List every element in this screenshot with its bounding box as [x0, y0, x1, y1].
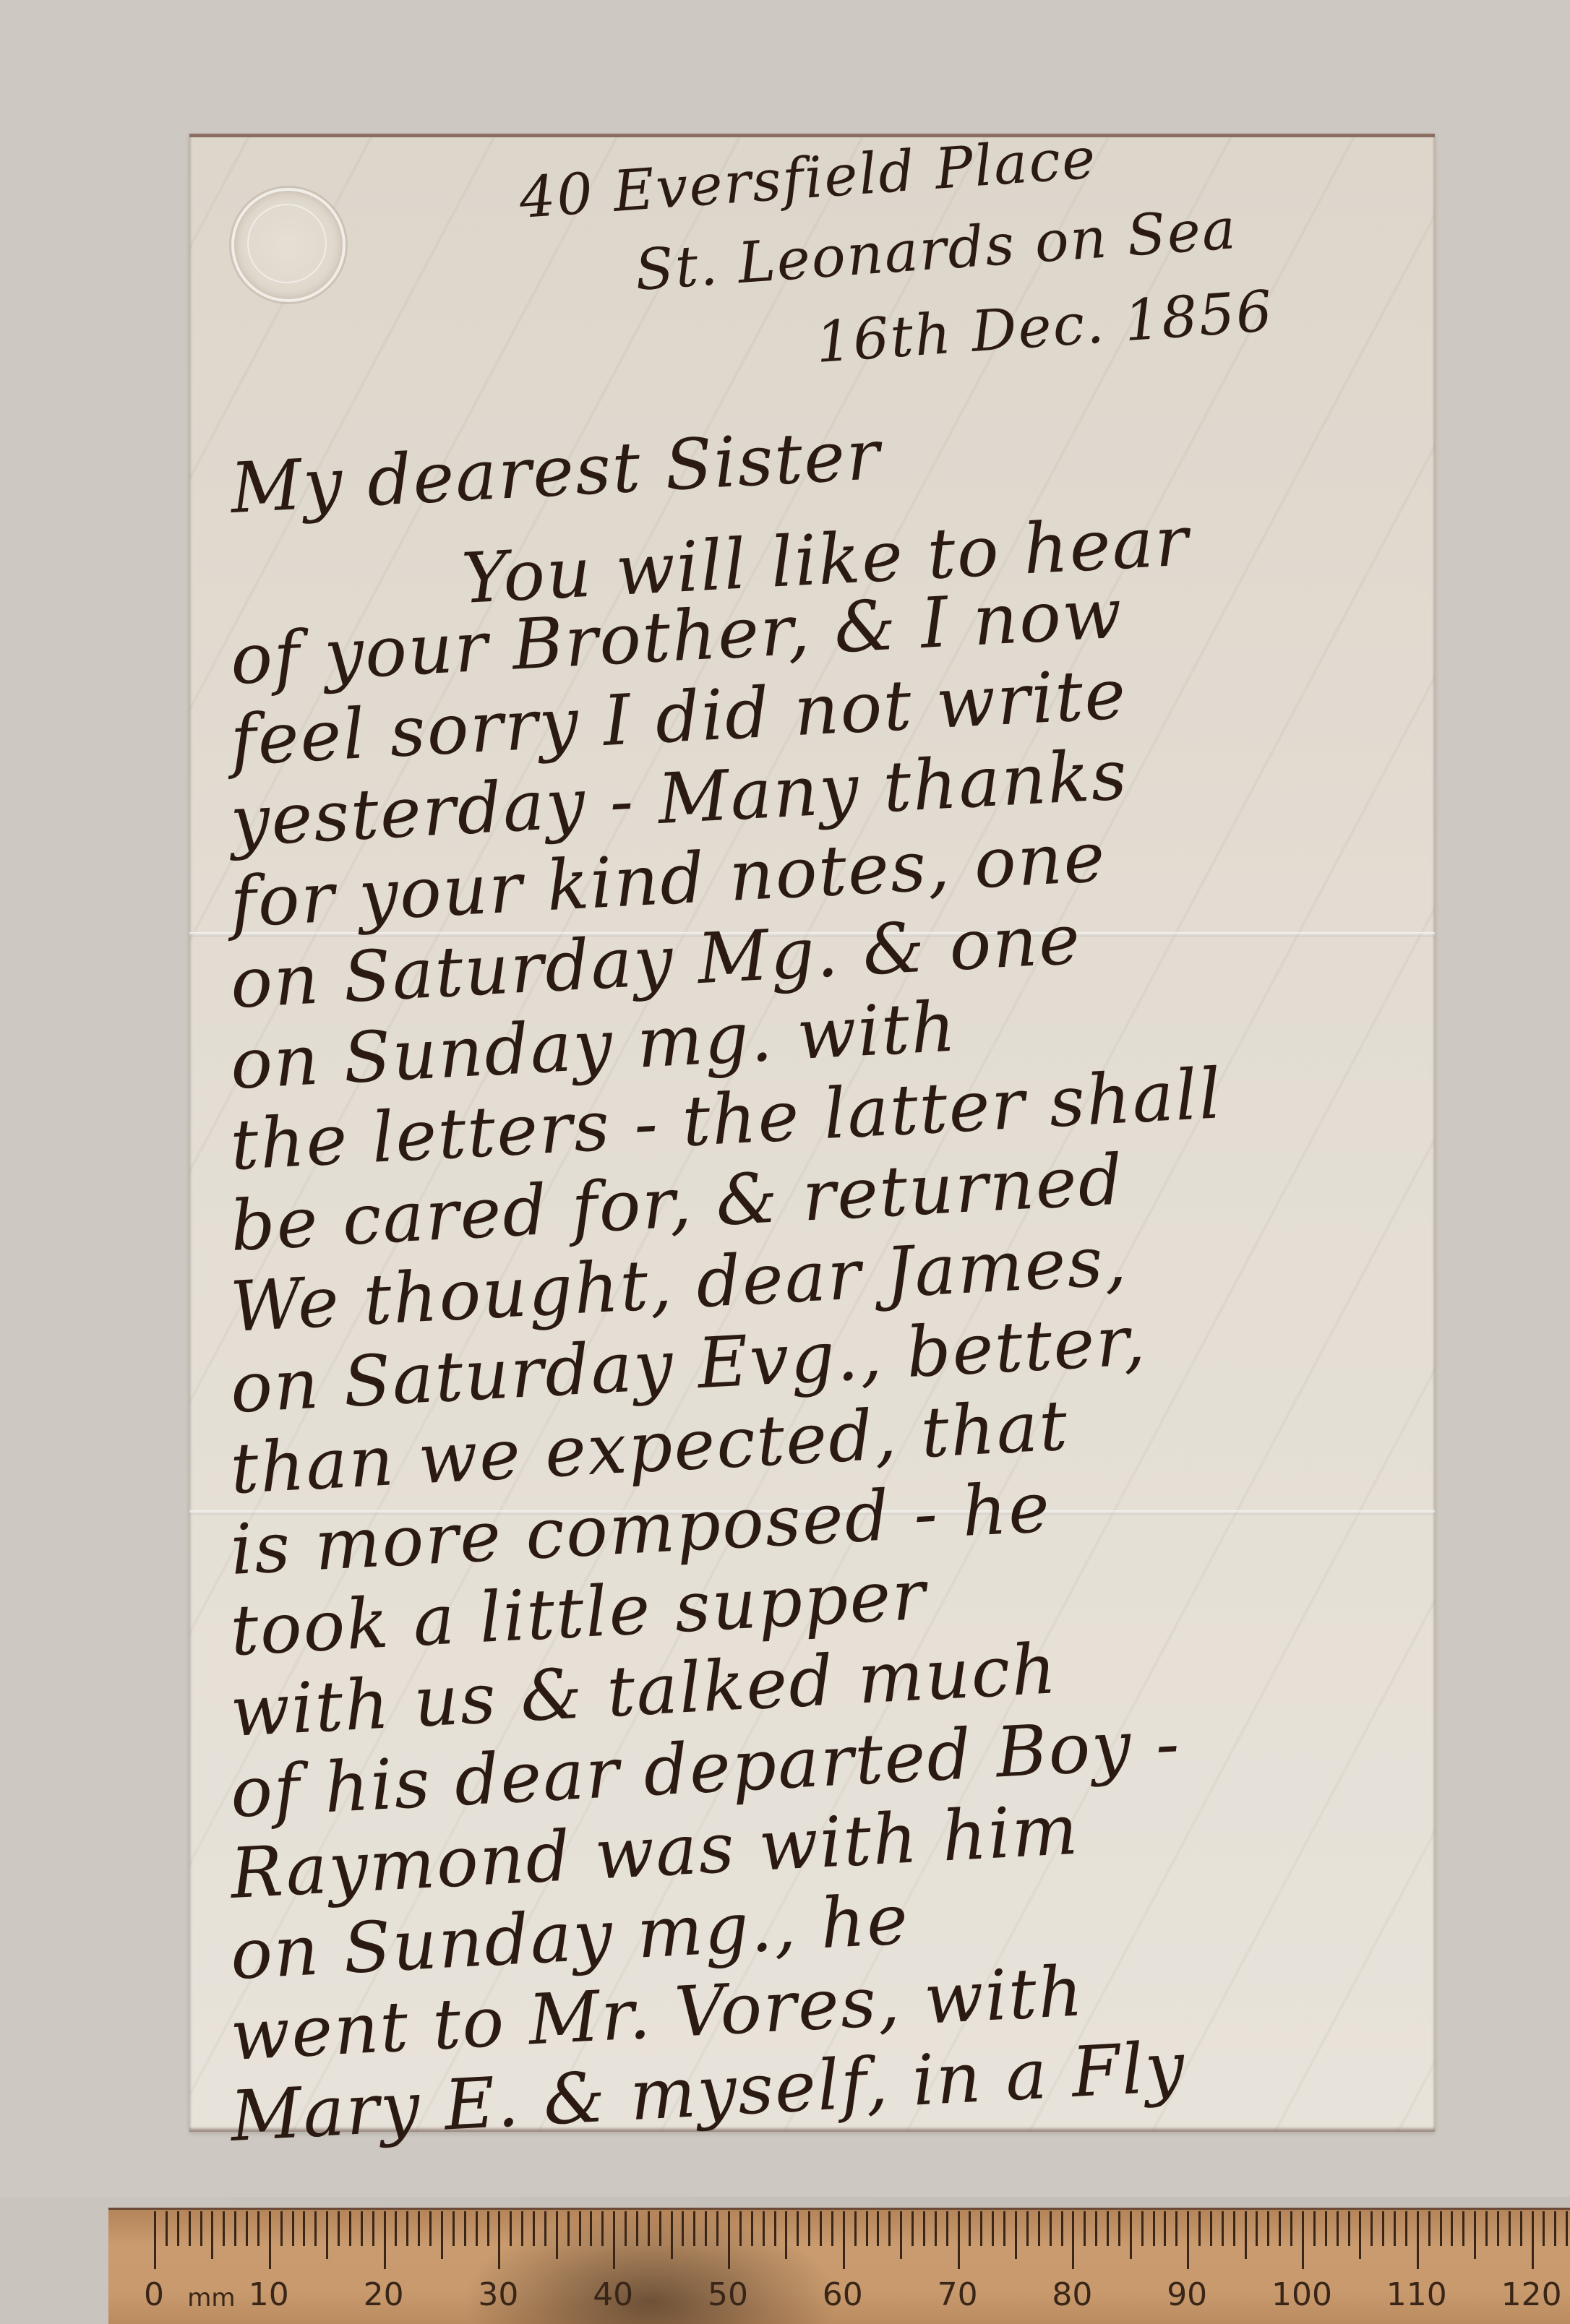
- ruler-tick: [567, 2211, 570, 2246]
- ruler-tick: [211, 2211, 213, 2259]
- ruler-tick: [246, 2211, 248, 2246]
- ruler-tick: [1348, 2211, 1350, 2246]
- ruler-tick: [877, 2211, 879, 2246]
- ruler-tick: [1256, 2211, 1258, 2246]
- ruler-tick: [751, 2211, 753, 2246]
- letter-sheet: 40 Eversfield Place St. Leonards on Sea …: [189, 134, 1435, 2132]
- ruler-label: 80: [1052, 2276, 1092, 2313]
- ruler-tick: [579, 2211, 581, 2246]
- ruler-tick: [1337, 2211, 1339, 2246]
- ruler-tick: [969, 2211, 971, 2246]
- ruler-tick: [1382, 2211, 1384, 2246]
- ruler-label: 50: [708, 2276, 748, 2313]
- ruler-tick: [601, 2211, 604, 2246]
- ruler-tick: [923, 2211, 925, 2246]
- ruler-tick: [1474, 2211, 1476, 2259]
- ruler-tick: [1394, 2211, 1396, 2246]
- ruler-tick: [395, 2211, 397, 2246]
- ruler-tick: [1026, 2211, 1029, 2246]
- ruler-tick: [716, 2211, 718, 2246]
- ruler-tick: [1462, 2211, 1464, 2246]
- ruler-tick: [1141, 2211, 1144, 2246]
- ruler-tick: [1153, 2211, 1155, 2246]
- ruler-tick: [1428, 2211, 1430, 2246]
- ruler-tick: [464, 2211, 466, 2246]
- ruler-tick: [1210, 2211, 1212, 2246]
- ruler-tick: [854, 2211, 857, 2246]
- ruler-label: 90: [1167, 2276, 1207, 2313]
- ruler-tick: [1050, 2211, 1052, 2246]
- ruler-tick: [1497, 2211, 1499, 2246]
- ruler-tick: [1543, 2211, 1545, 2246]
- ruler-tick: [326, 2211, 328, 2259]
- ruler-tick: [1198, 2211, 1201, 2246]
- ruler-tick: [1509, 2211, 1511, 2246]
- ruler-tick: [338, 2211, 340, 2246]
- ruler-tick: [1107, 2211, 1109, 2246]
- ruler-tick: [1532, 2211, 1534, 2269]
- ruler-tick: [1015, 2211, 1017, 2259]
- ruler-tick: [659, 2211, 661, 2246]
- ruler-tick: [1417, 2211, 1419, 2269]
- ruler-tick: [648, 2211, 650, 2246]
- ruler-label: 20: [364, 2276, 404, 2313]
- ruler-tick: [1095, 2211, 1097, 2246]
- ruler-tick: [1451, 2211, 1453, 2246]
- embossed-seal-icon: [231, 188, 346, 302]
- ruler-tick: [280, 2211, 283, 2246]
- ruler-tick: [1566, 2211, 1568, 2246]
- ruler-tick: [1187, 2211, 1189, 2269]
- ruler-label: 0: [144, 2276, 164, 2313]
- ruler-label: 10: [249, 2276, 289, 2313]
- ruler-tick: [234, 2211, 236, 2246]
- ruler-tick: [831, 2211, 833, 2246]
- ruler-tick: [1164, 2211, 1166, 2246]
- ruler-tick: [292, 2211, 294, 2246]
- ruler-label: 100: [1271, 2276, 1332, 2313]
- ruler-tick: [1325, 2211, 1327, 2246]
- ruler-tick: [257, 2211, 259, 2246]
- ruler-tick: [1359, 2211, 1361, 2259]
- ruler-tick: [1222, 2211, 1224, 2246]
- ruler-label: 60: [823, 2276, 863, 2313]
- ruler-tick: [946, 2211, 948, 2246]
- ruler-unit-label: mm: [187, 2284, 235, 2312]
- ruler-tick: [269, 2211, 271, 2269]
- ruler-tick: [510, 2211, 512, 2246]
- ruler-tick: [1520, 2211, 1522, 2246]
- ruler-tick: [314, 2211, 317, 2246]
- ruler-label: 40: [593, 2276, 633, 2313]
- ruler-tick: [1118, 2211, 1120, 2246]
- ruler-tick: [1245, 2211, 1247, 2259]
- ruler-tick: [1130, 2211, 1132, 2259]
- ruler-tick: [1061, 2211, 1063, 2246]
- ruler-tick: [177, 2211, 179, 2246]
- ruler-tick: [1313, 2211, 1316, 2246]
- ruler-tick: [808, 2211, 810, 2246]
- ruler-tick: [693, 2211, 695, 2246]
- ruler-tick: [1038, 2211, 1040, 2246]
- ruler-tick: [544, 2211, 546, 2246]
- ruler-tick: [349, 2211, 351, 2246]
- ruler-tick: [521, 2211, 523, 2246]
- ruler-tick: [1554, 2211, 1556, 2246]
- ruler-tick: [1084, 2211, 1086, 2246]
- ruler-tick: [820, 2211, 822, 2246]
- ruler-tick: [625, 2211, 627, 2246]
- ruler-tick: [739, 2211, 742, 2246]
- ruler-tick: [1370, 2211, 1373, 2246]
- ruler-label: 120: [1501, 2276, 1562, 2313]
- ruler-tick: [843, 2211, 845, 2269]
- ruler-tick: [429, 2211, 432, 2246]
- ruler-tick: [958, 2211, 960, 2269]
- ruler-tick: [1290, 2211, 1292, 2246]
- ruler-tick: [613, 2211, 615, 2269]
- ruler-tick: [223, 2211, 225, 2246]
- ruler-tick: [774, 2211, 776, 2246]
- ruler-tick: [487, 2211, 489, 2246]
- ruler-tick: [418, 2211, 420, 2246]
- ruler-tick: [372, 2211, 374, 2246]
- ruler-tick: [1302, 2211, 1304, 2269]
- ruler-tick: [705, 2211, 707, 2246]
- ruler-tick: [1485, 2211, 1488, 2246]
- ruler-tick: [763, 2211, 765, 2246]
- ruler-tick: [533, 2211, 535, 2246]
- ruler-tick: [797, 2211, 799, 2246]
- ruler-tick: [166, 2211, 168, 2246]
- ruler-tick: [200, 2211, 202, 2246]
- ruler-shadow: [463, 2211, 838, 2324]
- ruler-tick: [636, 2211, 638, 2246]
- ruler-tick: [980, 2211, 982, 2246]
- ruler-tick: [1440, 2211, 1442, 2246]
- ruler-tick: [935, 2211, 937, 2246]
- ruler-tick: [728, 2211, 730, 2269]
- ruler-tick: [452, 2211, 455, 2246]
- ruler-tick: [556, 2211, 558, 2259]
- ruler-tick: [900, 2211, 902, 2259]
- ruler-label: 30: [478, 2276, 518, 2313]
- ruler-tick: [1175, 2211, 1177, 2246]
- ruler-tick: [1279, 2211, 1281, 2246]
- ruler-label: 110: [1386, 2276, 1447, 2313]
- ruler-tick: [1072, 2211, 1074, 2269]
- ruler-tick: [498, 2211, 500, 2269]
- ruler-tick: [476, 2211, 478, 2246]
- ruler-tick: [992, 2211, 994, 2246]
- ruler-tick: [384, 2211, 386, 2269]
- ruler-tick: [1405, 2211, 1407, 2246]
- ruler-tick: [1233, 2211, 1235, 2246]
- ruler-tick: [590, 2211, 592, 2246]
- ruler-tick: [189, 2211, 191, 2246]
- ruler-tick: [682, 2211, 684, 2246]
- ruler-tick: [785, 2211, 787, 2259]
- ruler-label: 70: [938, 2276, 978, 2313]
- ruler-tick: [361, 2211, 363, 2246]
- ruler-tick: [866, 2211, 868, 2246]
- ruler-tick: [1003, 2211, 1005, 2246]
- ruler-tick: [303, 2211, 305, 2246]
- ruler-tick: [154, 2211, 156, 2269]
- ruler-tick: [888, 2211, 891, 2246]
- ruler-tick: [441, 2211, 443, 2259]
- ruler-tick: [671, 2211, 673, 2259]
- ruler-tick: [1267, 2211, 1269, 2246]
- ruler-tick: [406, 2211, 408, 2246]
- ruler-tick: [911, 2211, 914, 2246]
